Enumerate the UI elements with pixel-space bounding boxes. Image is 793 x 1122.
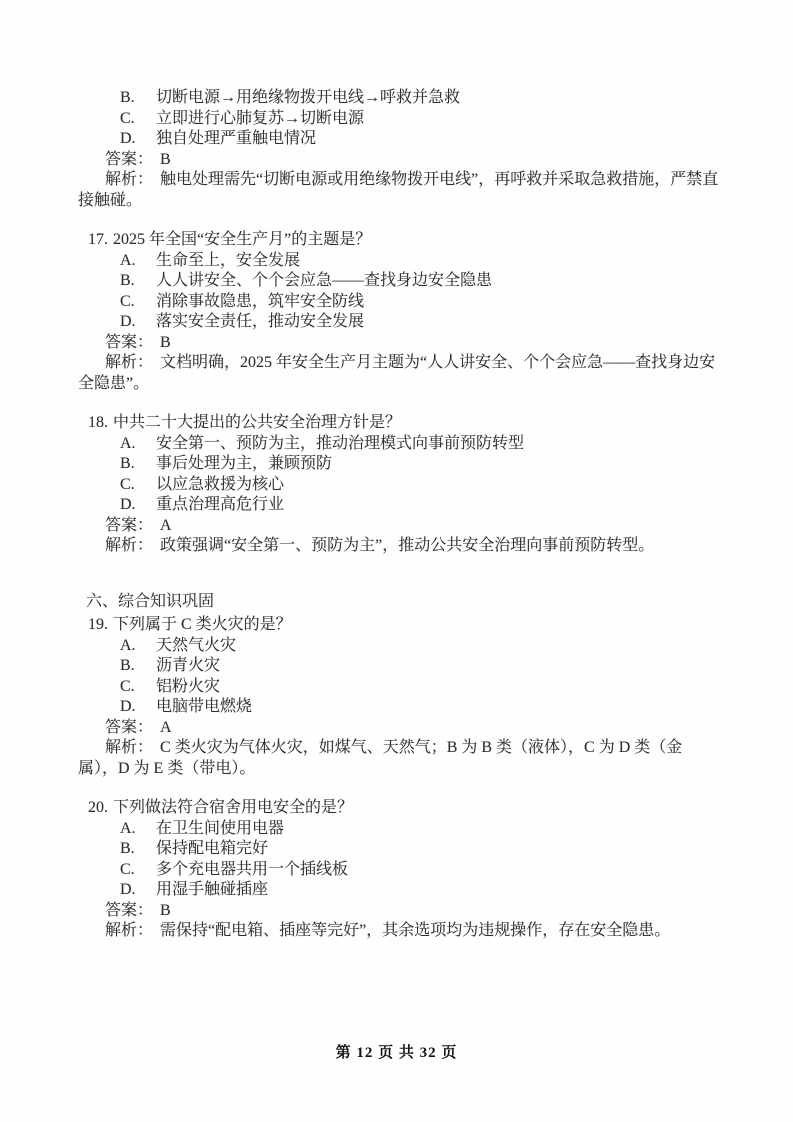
option-text: 人人讲安全、个个会应急——查找身边安全隐患 bbox=[156, 272, 492, 289]
analysis-label: 解析： bbox=[105, 171, 153, 188]
option-label: A. bbox=[120, 434, 156, 455]
analysis-paragraph: 解析：触电处理需先“切断电源或用绝缘物拨开电线”，再呼救并采取急救措施，严禁直接… bbox=[78, 170, 719, 211]
question-text: 下列属于 C 类火灾的是？ bbox=[113, 616, 292, 633]
answer-line: 答案：B bbox=[78, 901, 719, 922]
option-label: D. bbox=[120, 129, 156, 150]
option-line: B.切断电源→用绝缘物拨开电线→呼救并急救 bbox=[78, 88, 719, 109]
answer-value: B bbox=[160, 151, 171, 168]
analysis-label: 解析： bbox=[105, 739, 153, 756]
option-text: 独自处理严重触电情况 bbox=[156, 130, 316, 147]
question-line: 20.下列做法符合宿舍用电安全的是？ bbox=[78, 798, 719, 819]
question-text: 2025 年全国“安全生产月”的主题是？ bbox=[113, 231, 371, 248]
option-line: C.立即进行心肺复苏→切断电源 bbox=[78, 109, 719, 130]
answer-value: B bbox=[160, 334, 171, 351]
question-17-block: 17.2025 年全国“安全生产月”的主题是？ A.生命至上，安全发展 B.人人… bbox=[78, 230, 719, 394]
option-text: 多个充电器共用一个插线板 bbox=[156, 861, 348, 878]
answer-label: 答案： bbox=[105, 719, 153, 736]
document-page: B.切断电源→用绝缘物拨开电线→呼救并急救 C.立即进行心肺复苏→切断电源 D.… bbox=[0, 0, 793, 1122]
option-text: 落实安全责任，推动安全发展 bbox=[156, 313, 364, 330]
option-label: D. bbox=[120, 697, 156, 718]
option-text: 切断电源→用绝缘物拨开电线→呼救并急救 bbox=[156, 89, 460, 106]
option-label: A. bbox=[120, 251, 156, 272]
option-text: 用湿手触碰插座 bbox=[156, 881, 268, 898]
question-number: 19. bbox=[88, 615, 113, 636]
option-line: B.沥青火灾 bbox=[78, 656, 719, 677]
analysis-text: C 类火灾为气体火灾，如煤气、天然气；B 为 B 类（液体），C 为 D 类（金… bbox=[78, 739, 682, 777]
option-text: 电脑带电燃烧 bbox=[156, 698, 252, 715]
question-number: 18. bbox=[88, 413, 113, 434]
question-19-block: 19.下列属于 C 类火灾的是？ A.天然气火灾 B.沥青火灾 C.铝粉火灾 D… bbox=[78, 615, 719, 779]
option-text: 天然气火灾 bbox=[156, 637, 236, 654]
answer-label: 答案： bbox=[105, 517, 153, 534]
option-text: 铝粉火灾 bbox=[156, 678, 220, 695]
answer-value: A bbox=[160, 719, 172, 736]
answer-label: 答案： bbox=[105, 902, 153, 919]
question-text: 下列做法符合宿舍用电安全的是？ bbox=[113, 799, 353, 816]
analysis-label: 解析： bbox=[105, 354, 153, 371]
option-line: D.用湿手触碰插座 bbox=[78, 880, 719, 901]
option-label: C. bbox=[120, 475, 156, 496]
option-line: D.落实安全责任，推动安全发展 bbox=[78, 312, 719, 333]
option-text: 保持配电箱完好 bbox=[156, 840, 268, 857]
answer-line: 答案：B bbox=[78, 150, 719, 171]
option-line: B.事后处理为主，兼顾预防 bbox=[78, 454, 719, 475]
answer-line: 答案：A bbox=[78, 516, 719, 537]
option-label: C. bbox=[120, 677, 156, 698]
question-number: 20. bbox=[88, 798, 113, 819]
question-text: 中共二十大提出的公共安全治理方针是？ bbox=[113, 414, 401, 431]
option-text: 立即进行心肺复苏→切断电源 bbox=[156, 110, 364, 127]
answer-label: 答案： bbox=[105, 151, 153, 168]
option-line: A.安全第一、预防为主，推动治理模式向事前预防转型 bbox=[78, 434, 719, 455]
option-text: 生命至上，安全发展 bbox=[156, 252, 300, 269]
question-line: 19.下列属于 C 类火灾的是？ bbox=[78, 615, 719, 636]
option-label: B. bbox=[120, 88, 156, 109]
answer-line: 答案：A bbox=[78, 718, 719, 739]
option-label: A. bbox=[120, 819, 156, 840]
question-number: 17. bbox=[88, 230, 113, 251]
analysis-text: 政策强调“安全第一、预防为主”，推动公共安全治理向事前预防转型。 bbox=[160, 537, 654, 554]
option-text: 安全第一、预防为主，推动治理模式向事前预防转型 bbox=[156, 435, 524, 452]
option-line: B.人人讲安全、个个会应急——查找身边安全隐患 bbox=[78, 271, 719, 292]
option-line: B.保持配电箱完好 bbox=[78, 839, 719, 860]
option-line: A.天然气火灾 bbox=[78, 636, 719, 657]
analysis-paragraph: 解析：政策强调“安全第一、预防为主”，推动公共安全治理向事前预防转型。 bbox=[78, 536, 719, 557]
option-text: 消除事故隐患，筑牢安全防线 bbox=[156, 293, 364, 310]
page-number-footer: 第 12 页 共 32 页 bbox=[0, 1041, 793, 1062]
answer-label: 答案： bbox=[105, 334, 153, 351]
question-line: 17.2025 年全国“安全生产月”的主题是？ bbox=[78, 230, 719, 251]
option-text: 沥青火灾 bbox=[156, 657, 220, 674]
analysis-paragraph: 解析：文档明确，2025 年安全生产月主题为“人人讲安全、个个会应急——查找身边… bbox=[78, 353, 719, 394]
analysis-text: 文档明确，2025 年安全生产月主题为“人人讲安全、个个会应急——查找身边安全隐… bbox=[78, 354, 715, 392]
section-heading: 六、综合知识巩固 bbox=[78, 592, 719, 613]
option-label: D. bbox=[120, 312, 156, 333]
option-text: 事后处理为主，兼顾预防 bbox=[156, 455, 332, 472]
question-line: 18.中共二十大提出的公共安全治理方针是？ bbox=[78, 413, 719, 434]
option-label: D. bbox=[120, 495, 156, 516]
option-label: B. bbox=[120, 271, 156, 292]
analysis-text: 需保持“配电箱、插座等完好”，其余选项均为违规操作，存在安全隐患。 bbox=[160, 922, 670, 939]
option-label: D. bbox=[120, 880, 156, 901]
option-text: 在卫生间使用电器 bbox=[156, 820, 284, 837]
option-line: D.电脑带电燃烧 bbox=[78, 697, 719, 718]
option-line: C.铝粉火灾 bbox=[78, 677, 719, 698]
question-16-continuation-block: B.切断电源→用绝缘物拨开电线→呼救并急救 C.立即进行心肺复苏→切断电源 D.… bbox=[78, 88, 719, 211]
analysis-text: 触电处理需先“切断电源或用绝缘物拨开电线”，再呼救并采取急救措施，严禁直接触碰。 bbox=[78, 171, 718, 209]
option-line: C.消除事故隐患，筑牢安全防线 bbox=[78, 292, 719, 313]
question-18-block: 18.中共二十大提出的公共安全治理方针是？ A.安全第一、预防为主，推动治理模式… bbox=[78, 413, 719, 557]
option-label: C. bbox=[120, 860, 156, 881]
analysis-label: 解析： bbox=[105, 922, 153, 939]
option-label: C. bbox=[120, 109, 156, 130]
option-label: B. bbox=[120, 656, 156, 677]
analysis-paragraph: 解析：C 类火灾为气体火灾，如煤气、天然气；B 为 B 类（液体），C 为 D … bbox=[78, 738, 719, 779]
analysis-label: 解析： bbox=[105, 537, 153, 554]
option-text: 以应急救援为核心 bbox=[156, 476, 284, 493]
option-label: B. bbox=[120, 454, 156, 475]
option-text: 重点治理高危行业 bbox=[156, 496, 284, 513]
answer-value: A bbox=[160, 517, 172, 534]
answer-value: B bbox=[160, 902, 171, 919]
option-label: C. bbox=[120, 292, 156, 313]
option-label: A. bbox=[120, 636, 156, 657]
option-line: D.重点治理高危行业 bbox=[78, 495, 719, 516]
option-label: B. bbox=[120, 839, 156, 860]
analysis-paragraph: 解析：需保持“配电箱、插座等完好”，其余选项均为违规操作，存在安全隐患。 bbox=[78, 921, 719, 942]
option-line: D.独自处理严重触电情况 bbox=[78, 129, 719, 150]
option-line: A.在卫生间使用电器 bbox=[78, 819, 719, 840]
page-content: B.切断电源→用绝缘物拨开电线→呼救并急救 C.立即进行心肺复苏→切断电源 D.… bbox=[78, 88, 719, 942]
option-line: A.生命至上，安全发展 bbox=[78, 251, 719, 272]
option-line: C.多个充电器共用一个插线板 bbox=[78, 860, 719, 881]
answer-line: 答案：B bbox=[78, 333, 719, 354]
question-20-block: 20.下列做法符合宿舍用电安全的是？ A.在卫生间使用电器 B.保持配电箱完好 … bbox=[78, 798, 719, 942]
option-line: C.以应急救援为核心 bbox=[78, 475, 719, 496]
